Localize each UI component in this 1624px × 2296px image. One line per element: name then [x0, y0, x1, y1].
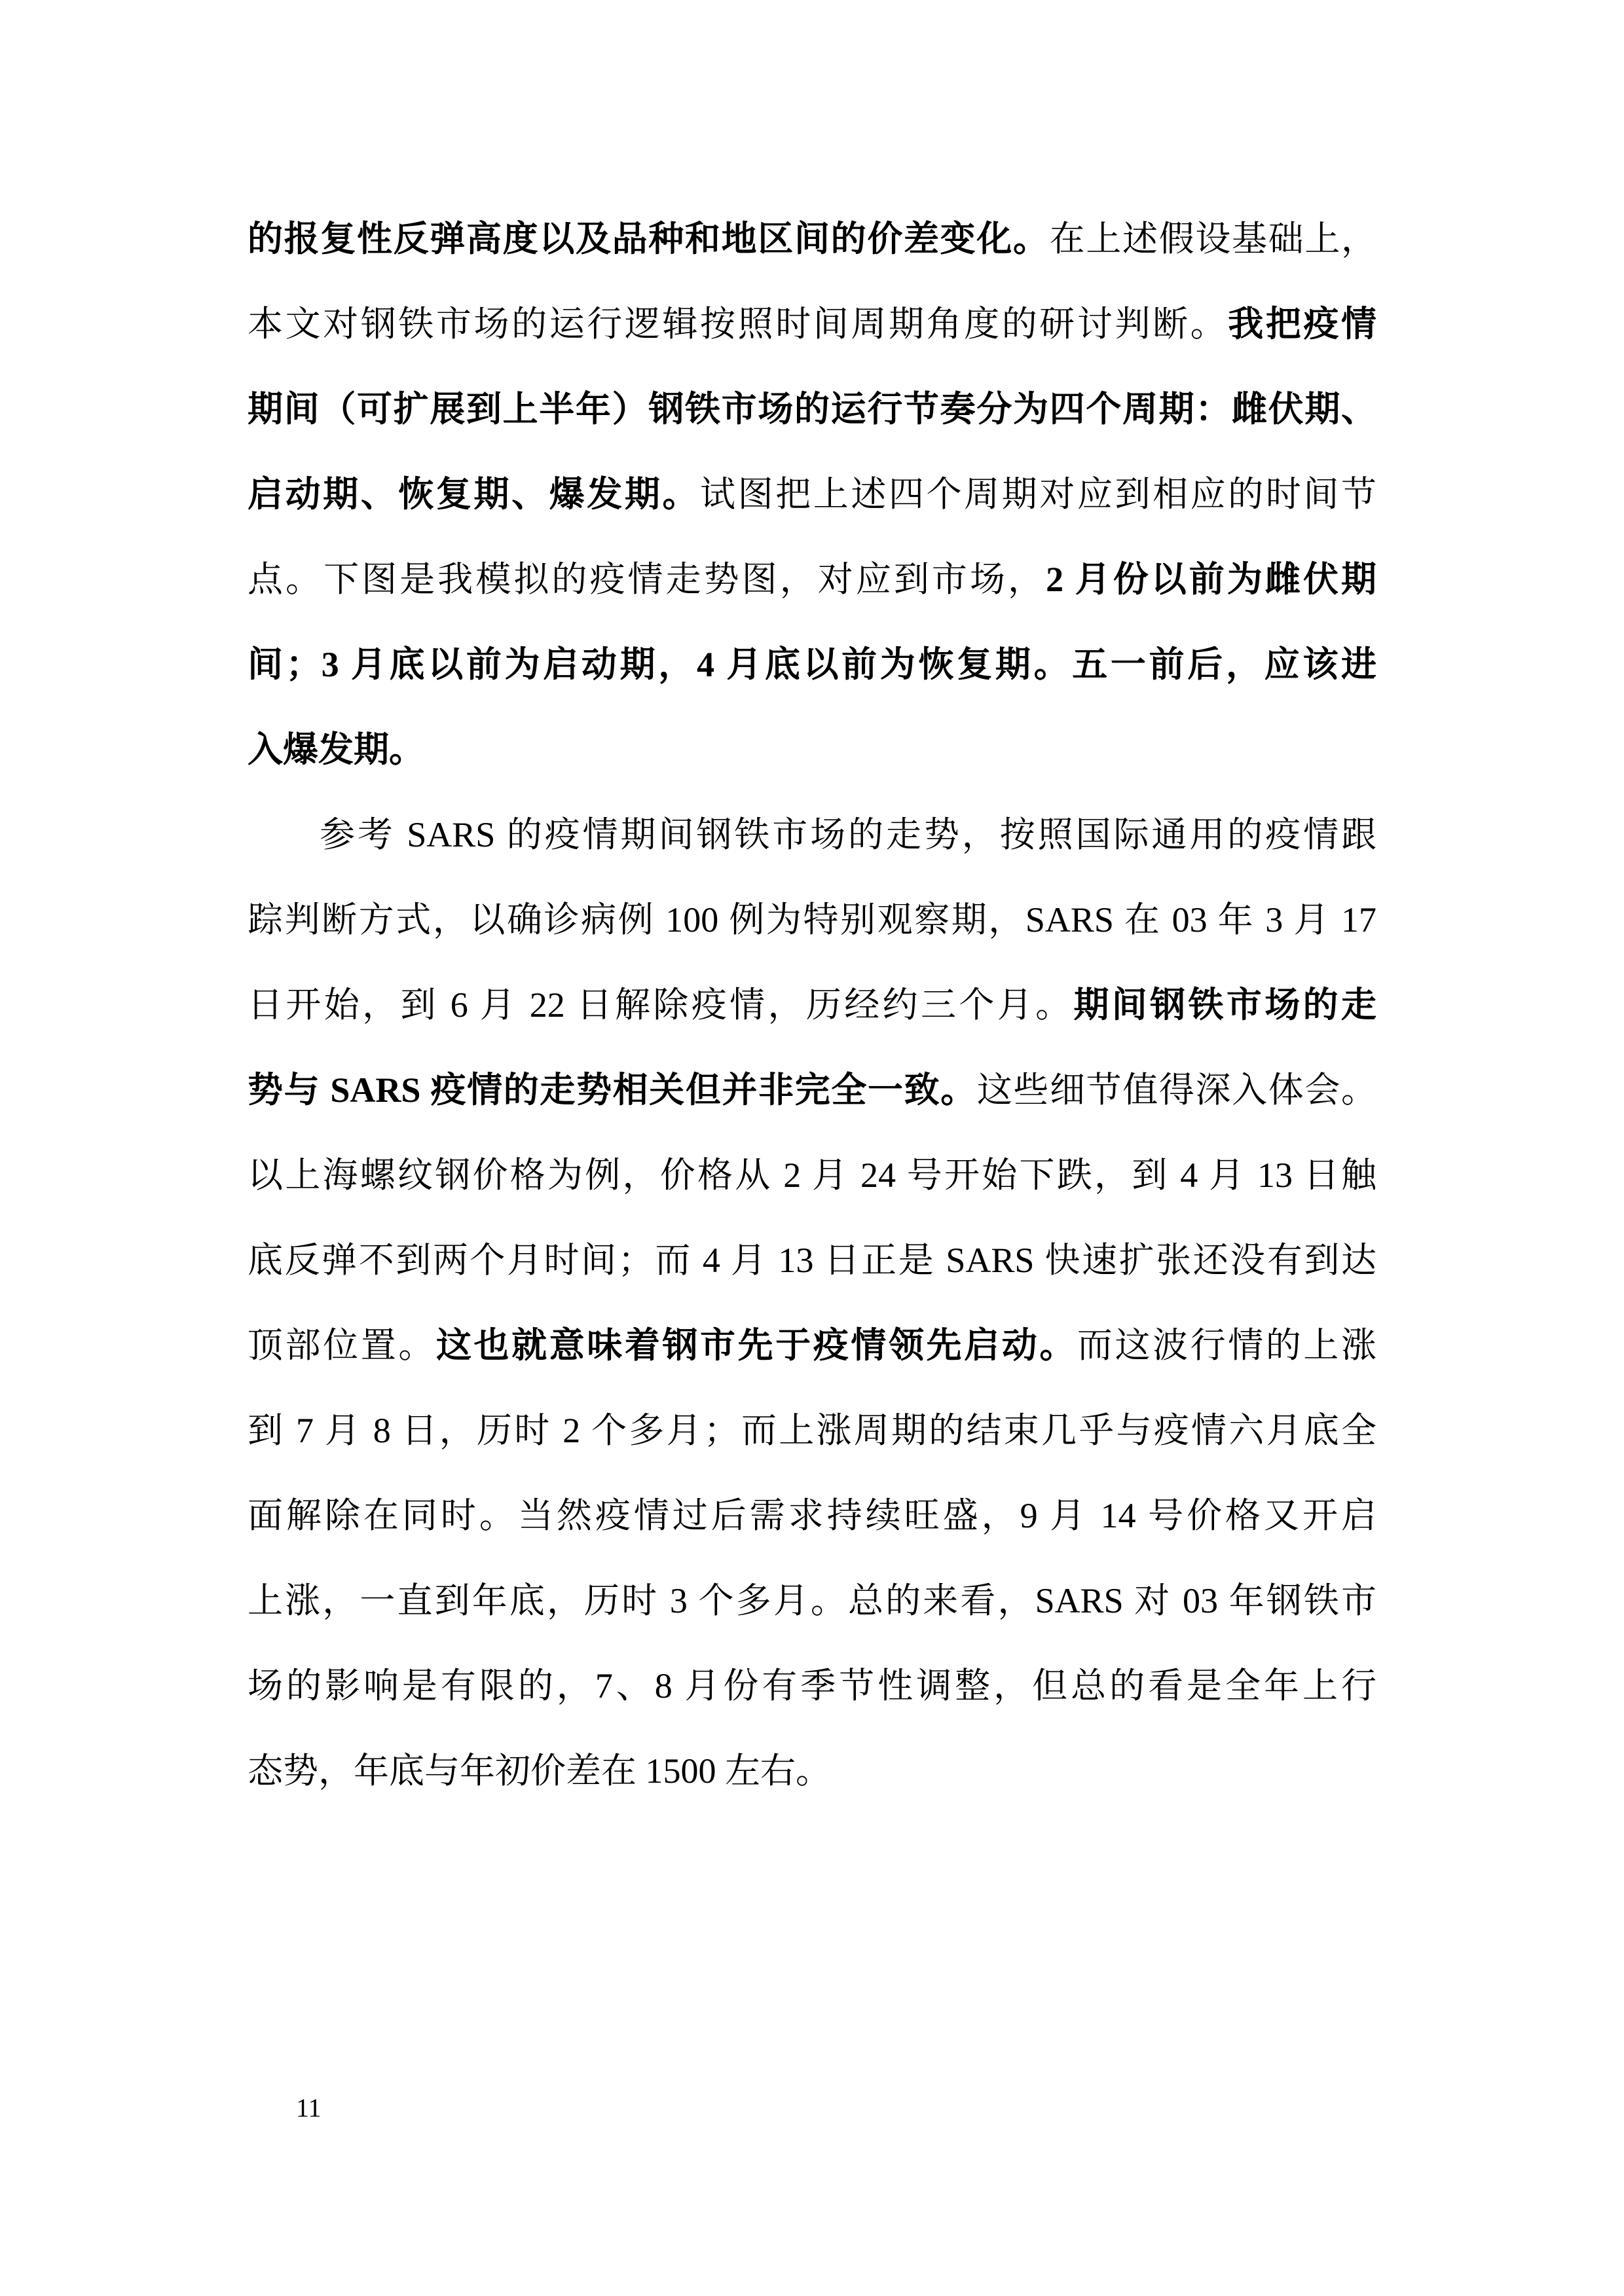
text-line: 期间（可扩展到上半年）钢铁市场的运行节奏分为四个周期：雌伏期、: [248, 367, 1376, 452]
text-segment: 势与 SARS 疫情的走势相关但并非完全一致。: [248, 1070, 977, 1110]
text-segment: 日开始，到 6 月 22 日解除疫情，历经约三个月。: [248, 985, 1073, 1025]
document-page: 的报复性反弹高度以及品种和地区间的价差变化。在上述假设基础上， 本文对钢铁市场的…: [0, 0, 1624, 2296]
text-segment: 参考 SARS 的疫情期间钢铁市场的走势，按照国际通用的疫情跟: [320, 815, 1376, 854]
text-segment: 顶部位置。: [248, 1326, 436, 1365]
text-segment: 间；3 月底以前为启动期，4 月底以前为恢复期。五一前后，应该进: [248, 645, 1376, 684]
text-line: 入爆发期。: [248, 707, 1376, 792]
text-line: 参考 SARS 的疫情期间钢铁市场的走势，按照国际通用的疫情跟: [248, 792, 1376, 877]
text-segment: 的报复性反弹高度以及品种和地区间的价差变化。: [248, 219, 1050, 259]
text-segment: 面解除在同时。当然疫情过后需求持续旺盛，9 月 14 号价格又开启: [248, 1496, 1376, 1535]
text-line: 场的影响是有限的，7、8 月份有季节性调整，但总的看是全年上行: [248, 1643, 1376, 1728]
text-line: 态势，年底与年初价差在 1500 左右。: [248, 1728, 1376, 1813]
text-line: 的报复性反弹高度以及品种和地区间的价差变化。在上述假设基础上，: [248, 196, 1376, 282]
text-segment: 到 7 月 8 日，历时 2 个多月；而上涨周期的结束几乎与疫情六月底全: [248, 1411, 1376, 1450]
text-segment: 试图把上述四个周期对应到相应的时间节: [700, 475, 1376, 514]
text-segment: 点。下图是我模拟的疫情走势图，对应到市场，: [248, 560, 1046, 599]
page-number: 11: [296, 2094, 322, 2123]
text-segment: 本文对钢铁市场的运行逻辑按照时间周期角度的研讨判断。: [248, 304, 1228, 344]
text-line: 日开始，到 6 月 22 日解除疫情，历经约三个月。期间钢铁市场的走: [248, 962, 1376, 1048]
text-line: 本文对钢铁市场的运行逻辑按照时间周期角度的研讨判断。我把疫情: [248, 282, 1376, 367]
text-line: 势与 SARS 疫情的走势相关但并非完全一致。这些细节值得深入体会。: [248, 1048, 1376, 1133]
text-line: 到 7 月 8 日，历时 2 个多月；而上涨周期的结束几乎与疫情六月底全: [248, 1388, 1376, 1473]
text-segment: 这也就意味着钢市先于疫情领先启动。: [436, 1326, 1077, 1365]
text-segment: 2 月份以前为雌伏期: [1046, 560, 1376, 599]
text-segment: 期间钢铁市场的走: [1073, 985, 1376, 1025]
text-line: 面解除在同时。当然疫情过后需求持续旺盛，9 月 14 号价格又开启: [248, 1473, 1376, 1558]
text-segment: 入爆发期。: [248, 730, 424, 769]
text-segment: 启动期、恢复期、爆发期。: [248, 475, 700, 514]
text-segment: 在上述假设基础上，: [1050, 219, 1376, 259]
text-segment: 上涨，一直到年底，历时 3 个多月。总的来看，SARS 对 03 年钢铁市: [248, 1581, 1376, 1620]
paragraph-2: 参考 SARS 的疫情期间钢铁市场的走势，按照国际通用的疫情跟 踪判断方式，以确…: [248, 792, 1376, 1813]
text-line: 间；3 月底以前为启动期，4 月底以前为恢复期。五一前后，应该进: [248, 622, 1376, 707]
text-segment: 底反弹不到两个月时间；而 4 月 13 日正是 SARS 快速扩张还没有到达: [248, 1241, 1376, 1280]
text-line: 踪判断方式，以确诊病例 100 例为特别观察期，SARS 在 03 年 3 月 …: [248, 877, 1376, 962]
text-line: 以上海螺纹钢价格为例，价格从 2 月 24 号开始下跌，到 4 月 13 日触: [248, 1133, 1376, 1218]
text-segment: 而这波行情的上涨: [1077, 1326, 1376, 1365]
text-segment: 我把疫情: [1228, 304, 1376, 344]
text-line: 启动期、恢复期、爆发期。试图把上述四个周期对应到相应的时间节: [248, 452, 1376, 537]
text-line: 顶部位置。这也就意味着钢市先于疫情领先启动。而这波行情的上涨: [248, 1303, 1376, 1388]
text-segment: 这些细节值得深入体会。: [977, 1070, 1376, 1110]
text-line: 底反弹不到两个月时间；而 4 月 13 日正是 SARS 快速扩张还没有到达: [248, 1218, 1376, 1303]
text-line: 上涨，一直到年底，历时 3 个多月。总的来看，SARS 对 03 年钢铁市: [248, 1558, 1376, 1643]
text-segment: 场的影响是有限的，7、8 月份有季节性调整，但总的看是全年上行: [248, 1666, 1376, 1705]
text-line: 点。下图是我模拟的疫情走势图，对应到市场，2 月份以前为雌伏期: [248, 537, 1376, 622]
text-segment: 以上海螺纹钢价格为例，价格从 2 月 24 号开始下跌，到 4 月 13 日触: [248, 1156, 1376, 1195]
text-segment: 期间（可扩展到上半年）钢铁市场的运行节奏分为四个周期：雌伏期、: [248, 390, 1376, 429]
body-text: 的报复性反弹高度以及品种和地区间的价差变化。在上述假设基础上， 本文对钢铁市场的…: [248, 196, 1376, 1813]
paragraph-1: 的报复性反弹高度以及品种和地区间的价差变化。在上述假设基础上， 本文对钢铁市场的…: [248, 196, 1376, 792]
text-segment: 态势，年底与年初价差在 1500 左右。: [248, 1751, 831, 1791]
text-segment: 踪判断方式，以确诊病例 100 例为特别观察期，SARS 在 03 年 3 月 …: [248, 900, 1376, 939]
